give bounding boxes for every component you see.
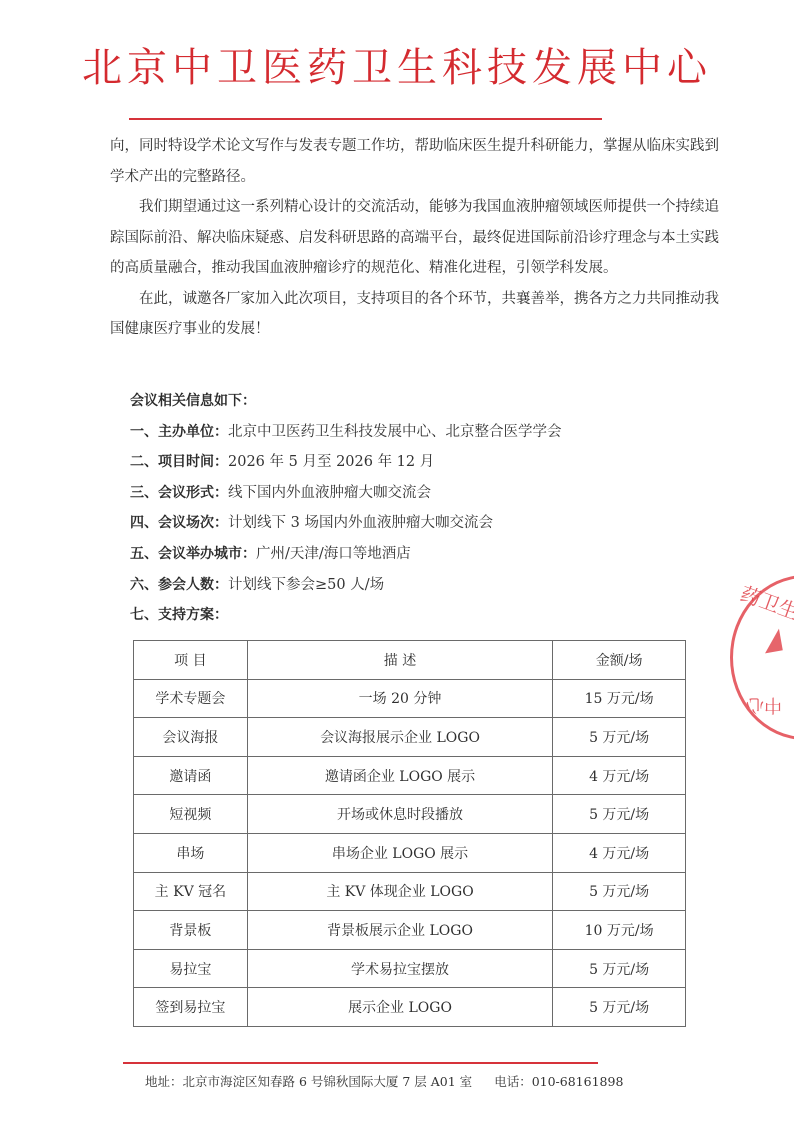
cell-item: 邀请函 bbox=[134, 756, 248, 795]
cell-price: 4 万元/场 bbox=[553, 833, 686, 872]
info-label: 二、项目时间： bbox=[130, 454, 228, 470]
footer-contact: 地址：北京市海淀区知春路 6 号锦秋国际大厦 7 层 A01 室电话：010-6… bbox=[145, 1072, 623, 1090]
cell-item: 易拉宝 bbox=[134, 949, 248, 988]
cell-description: 开场或休息时段播放 bbox=[247, 795, 552, 834]
table-header-row: 项 目 描 述 金额/场 bbox=[134, 641, 686, 680]
info-value: 线下国内外血液肿瘤大咖交流会 bbox=[228, 485, 431, 501]
info-item-time: 二、项目时间：2026 年 5 月至 2026 年 12 月 bbox=[130, 447, 562, 478]
info-item-support-plan: 七、支持方案： bbox=[130, 600, 562, 631]
seal-text-bottom: 中心 bbox=[746, 693, 782, 719]
body-content: 向，同时特设学术论文写作与发表专题工作坊，帮助临床医生提升科研能力，掌握从临床实… bbox=[110, 131, 725, 345]
cell-price: 5 万元/场 bbox=[553, 718, 686, 757]
table-row: 学术专题会 一场 20 分钟 15 万元/场 bbox=[134, 679, 686, 718]
cell-price: 5 万元/场 bbox=[553, 988, 686, 1027]
cell-description: 一场 20 分钟 bbox=[247, 679, 552, 718]
table-row: 邀请函 邀请函企业 LOGO 展示 4 万元/场 bbox=[134, 756, 686, 795]
info-label: 六、参会人数： bbox=[130, 577, 228, 593]
footer-divider bbox=[123, 1062, 598, 1064]
letterhead-title: 北京中卫医药卫生科技发展中心 bbox=[0, 40, 794, 96]
table-row: 串场 串场企业 LOGO 展示 4 万元/场 bbox=[134, 833, 686, 872]
table-row: 主 KV 冠名 主 KV 体现企业 LOGO 5 万元/场 bbox=[134, 872, 686, 911]
table-row: 短视频 开场或休息时段播放 5 万元/场 bbox=[134, 795, 686, 834]
cell-item: 串场 bbox=[134, 833, 248, 872]
info-label: 四、会议场次： bbox=[130, 515, 228, 531]
cell-item: 会议海报 bbox=[134, 718, 248, 757]
cell-item: 背景板 bbox=[134, 911, 248, 950]
header-divider bbox=[129, 118, 602, 120]
info-value: 2026 年 5 月至 2026 年 12 月 bbox=[228, 454, 434, 470]
paragraph-invitation: 在此，诚邀各厂家加入此次项目，支持项目的各个环节，共襄善举，携各方之力共同推动我… bbox=[110, 284, 725, 345]
cell-description: 会议海报展示企业 LOGO bbox=[247, 718, 552, 757]
cell-description: 串场企业 LOGO 展示 bbox=[247, 833, 552, 872]
info-value: 计划线下参会≥50 人/场 bbox=[228, 577, 384, 593]
info-item-cities: 五、会议举办城市：广州/天津/海口等地酒店 bbox=[130, 539, 562, 570]
cell-price: 5 万元/场 bbox=[553, 949, 686, 988]
info-label: 七、支持方案： bbox=[130, 607, 228, 623]
header-item: 项 目 bbox=[134, 641, 248, 680]
cell-description: 学术易拉宝摆放 bbox=[247, 949, 552, 988]
cell-description: 背景板展示企业 LOGO bbox=[247, 911, 552, 950]
official-seal-stamp: 药卫生 中心 bbox=[730, 575, 794, 745]
info-value: 北京中卫医药卫生科技发展中心、北京整合医学学会 bbox=[228, 424, 562, 440]
cell-price: 5 万元/场 bbox=[553, 795, 686, 834]
cell-price: 4 万元/场 bbox=[553, 756, 686, 795]
info-value: 计划线下 3 场国内外血液肿瘤大咖交流会 bbox=[228, 515, 493, 531]
cell-item: 短视频 bbox=[134, 795, 248, 834]
cell-price: 5 万元/场 bbox=[553, 872, 686, 911]
meeting-info-list: 会议相关信息如下： 一、主办单位：北京中卫医药卫生科技发展中心、北京整合医学学会… bbox=[130, 386, 562, 631]
table-row: 易拉宝 学术易拉宝摆放 5 万元/场 bbox=[134, 949, 686, 988]
cell-price: 15 万元/场 bbox=[553, 679, 686, 718]
support-plan-table: 项 目 描 述 金额/场 学术专题会 一场 20 分钟 15 万元/场 会议海报… bbox=[133, 640, 686, 1027]
cell-item: 签到易拉宝 bbox=[134, 988, 248, 1027]
table-row: 会议海报 会议海报展示企业 LOGO 5 万元/场 bbox=[134, 718, 686, 757]
info-value: 广州/天津/海口等地酒店 bbox=[256, 546, 411, 562]
info-label: 五、会议举办城市： bbox=[130, 546, 256, 562]
table-row: 签到易拉宝 展示企业 LOGO 5 万元/场 bbox=[134, 988, 686, 1027]
cell-item: 主 KV 冠名 bbox=[134, 872, 248, 911]
info-item-organizer: 一、主办单位：北京中卫医药卫生科技发展中心、北京整合医学学会 bbox=[130, 417, 562, 448]
header-price: 金额/场 bbox=[553, 641, 686, 680]
paragraph-expectation: 我们期望通过这一系列精心设计的交流活动，能够为我国血液肿瘤领域医师提供一个持续追… bbox=[110, 192, 725, 284]
table-row: 背景板 背景板展示企业 LOGO 10 万元/场 bbox=[134, 911, 686, 950]
footer-phone: 电话：010-68161898 bbox=[494, 1074, 623, 1089]
cell-description: 主 KV 体现企业 LOGO bbox=[247, 872, 552, 911]
info-label: 一、主办单位： bbox=[130, 424, 228, 440]
info-label: 三、会议形式： bbox=[130, 485, 228, 501]
info-item-format: 三、会议形式：线下国内外血液肿瘤大咖交流会 bbox=[130, 478, 562, 509]
cell-description: 展示企业 LOGO bbox=[247, 988, 552, 1027]
info-item-attendees: 六、参会人数：计划线下参会≥50 人/场 bbox=[130, 570, 562, 601]
paragraph-continuation: 向，同时特设学术论文写作与发表专题工作坊，帮助临床医生提升科研能力，掌握从临床实… bbox=[110, 131, 725, 192]
footer-address: 地址：北京市海淀区知春路 6 号锦秋国际大厦 7 层 A01 室 bbox=[145, 1074, 472, 1089]
info-item-sessions: 四、会议场次：计划线下 3 场国内外血液肿瘤大咖交流会 bbox=[130, 508, 562, 539]
seal-star-icon bbox=[761, 629, 783, 654]
header-description: 描 述 bbox=[247, 641, 552, 680]
info-heading: 会议相关信息如下： bbox=[130, 386, 562, 417]
cell-item: 学术专题会 bbox=[134, 679, 248, 718]
cell-description: 邀请函企业 LOGO 展示 bbox=[247, 756, 552, 795]
cell-price: 10 万元/场 bbox=[553, 911, 686, 950]
